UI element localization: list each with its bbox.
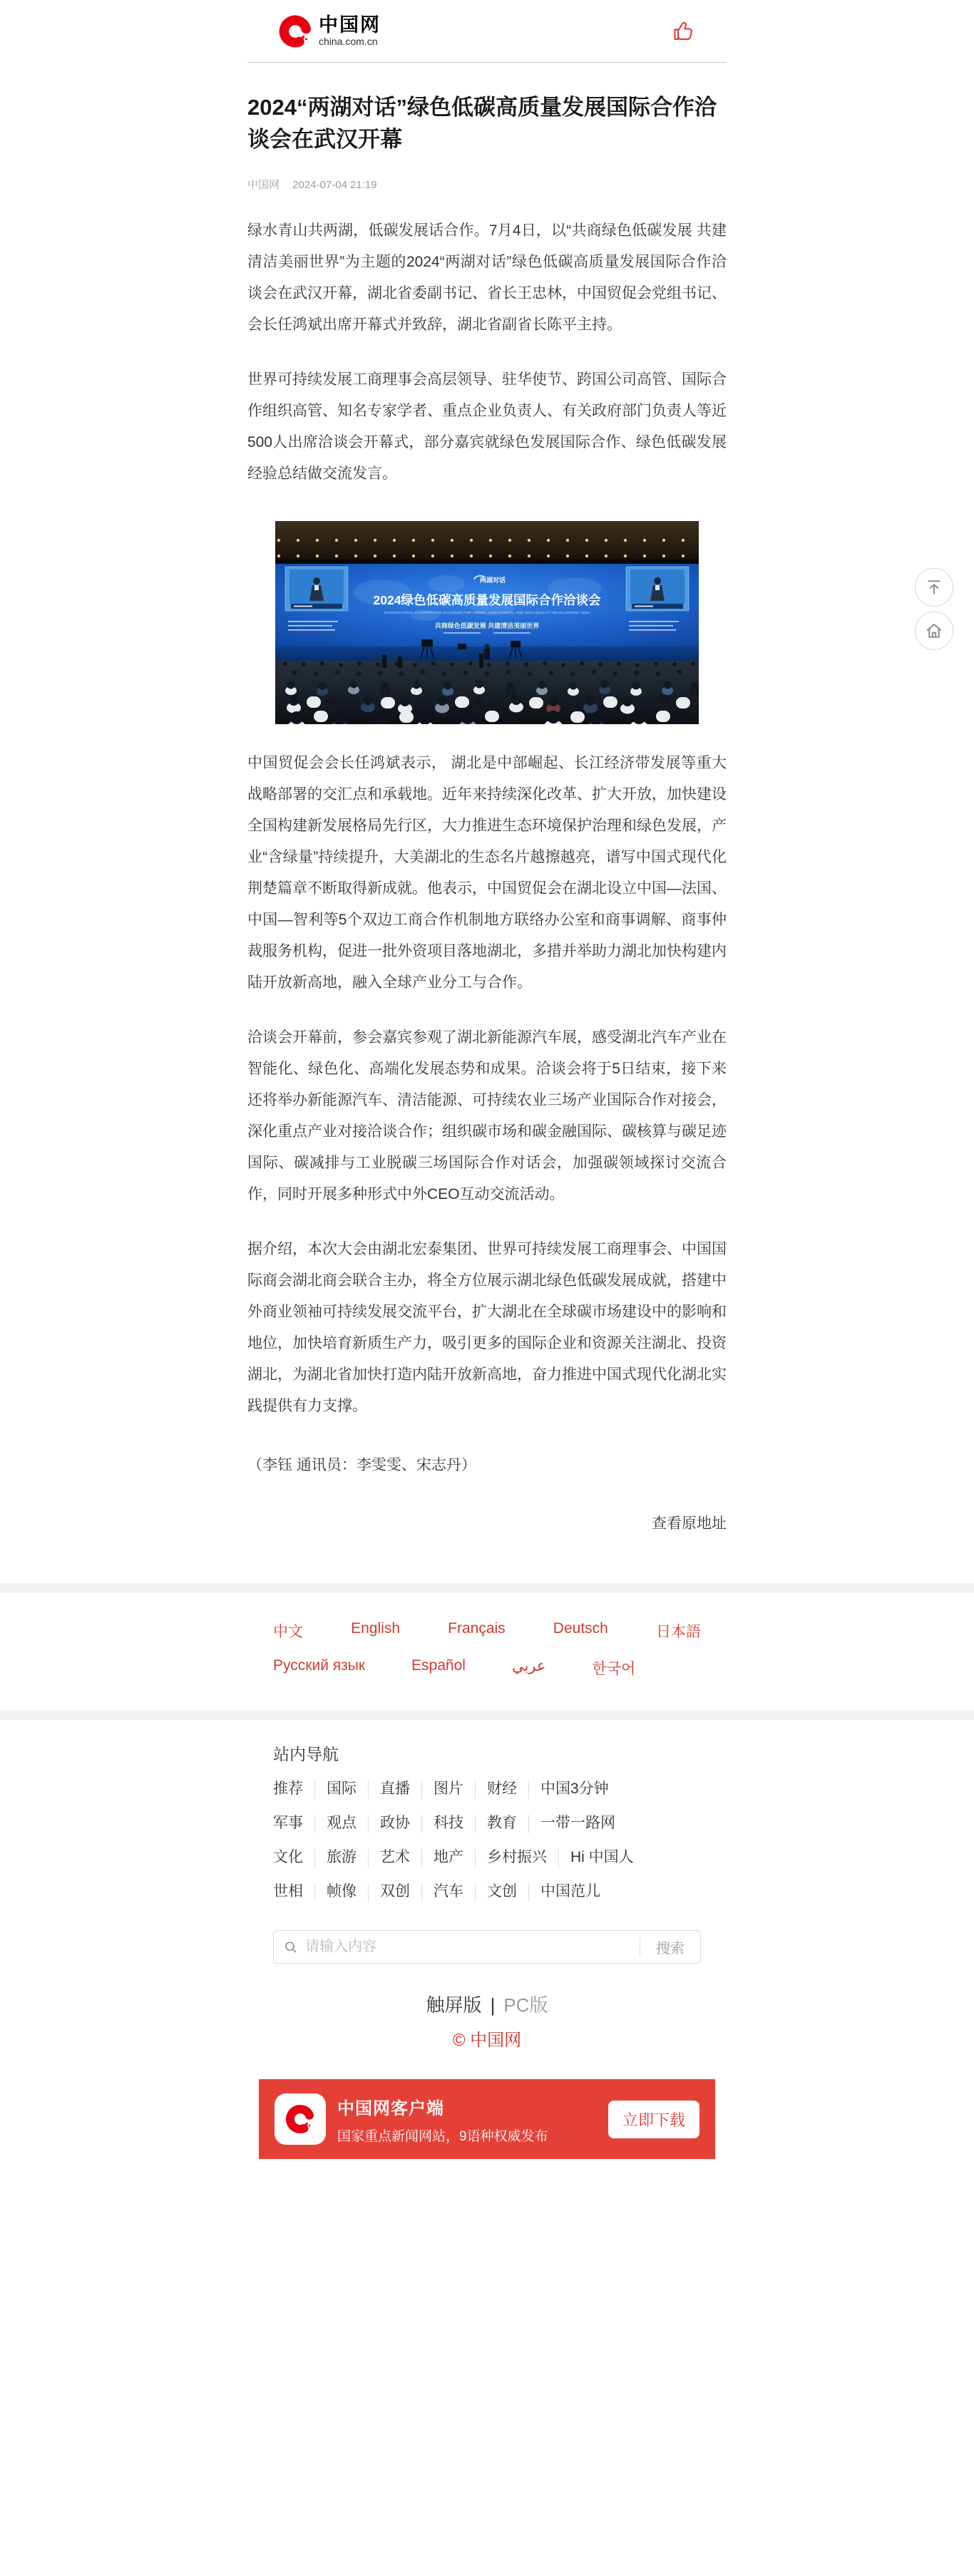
search-input[interactable] [305,1939,640,1955]
download-button[interactable]: 立即下载 [608,2101,699,2138]
version-separator: | [491,1994,496,2016]
logo-title: 中国网 [319,15,381,36]
home-icon [925,622,943,640]
nav-link-cppcc[interactable]: 政协 [380,1815,410,1831]
nav-link-education[interactable]: 教育 [487,1815,517,1831]
lang-es[interactable]: Español [411,1657,466,1679]
article-paragraph: 世界可持续发展工商理事会高层领导、驻华使节、跨国公司高管、国际合作组织高管、知名… [247,364,727,490]
lang-de[interactable]: Deutsch [553,1620,608,1642]
article-time: 2024-07-04 21:19 [292,179,376,191]
lang-ru[interactable]: Русский язык [273,1657,365,1679]
view-original-link[interactable]: 查看原地址 [652,1515,727,1532]
article-paragraph: 洽谈会开幕前，参会嘉宾参观了湖北新能源汽车展，感受湖北汽车产业在智能化、绿色化、… [247,1022,727,1210]
nav-link-shixiang[interactable]: 世相 [273,1883,303,1900]
logo-domain: china.com.cn [319,36,381,47]
nav-link-finance[interactable]: 财经 [487,1781,517,1797]
photo-screen-logo: 两湖对话 [480,576,506,584]
nav-link-culture[interactable]: 文化 [273,1849,303,1865]
nav-link-china-style[interactable]: 中国范儿 [540,1883,600,1900]
site-logo[interactable]: 中国网 china.com.cn [277,14,381,49]
photo-ceiling [275,521,699,564]
lang-en[interactable]: English [351,1620,400,1642]
site-nav-links: 推荐 国际 直播 图片 财经 中国3分钟 军事 观点 政协 科技 教育 一带一路… [273,1781,701,1902]
nav-link-belt-road[interactable]: 一带一路网 [540,1815,615,1831]
lang-ja[interactable]: 日本語 [656,1620,701,1642]
nav-link-recommend[interactable]: 推荐 [273,1781,303,1797]
app-name: 中国网客户端 [337,2094,548,2119]
nav-link-realestate[interactable]: 地产 [434,1849,463,1865]
nav-link-china-3min[interactable]: 中国3分钟 [540,1781,609,1797]
article-source: 中国网 [247,179,280,191]
nav-link-auto[interactable]: 汽车 [434,1883,463,1900]
nav-link-live[interactable]: 直播 [380,1781,410,1797]
nav-link-travel[interactable]: 旅游 [327,1849,357,1865]
nav-link-military[interactable]: 军事 [273,1815,303,1831]
back-to-top-button[interactable] [915,568,953,607]
page: 中国网 china.com.cn 2024“两湖对话”绿色低碳高质量发展国际合作… [0,0,974,2576]
author-note: （李钰 通讯员：李雯雯、宋志丹） [247,1453,727,1475]
article-photo: 两湖对话 2024绿色低碳高质量发展国际合作洽谈会 INTERNATIONAL … [275,521,699,724]
article: 2024“两湖对话”绿色低碳高质量发展国际合作洽谈会在武汉开幕 中国网 2024… [247,91,727,1583]
app-description: 国家重点新闻网站，9语种权威发布 [337,2126,548,2145]
section-divider [0,1710,974,1720]
article-paragraph: 中国贸促会会长任鸿斌表示， 湖北是中部崛起、长江经济带发展等重大战略部署的交汇点… [247,748,727,999]
app-download-banner[interactable]: 中国网客户端 国家重点新闻网站，9语种权威发布 立即下载 [259,2079,715,2159]
copyright: © 中国网 [247,2026,727,2079]
site-nav-section: 站内导航 推荐 国际 直播 图片 财经 中国3分钟 军事 观点 政协 科技 教育… [247,1741,727,2159]
lang-ko[interactable]: 한국어 [592,1657,635,1679]
nav-link-tech[interactable]: 科技 [434,1815,463,1831]
version-links: 触屏版|PC版 [247,1991,727,2017]
search-bar: 搜索 [273,1930,701,1964]
thumbs-up-icon [672,19,697,43]
photo-screen-subtitle: INTERNATIONAL COOPERATION DIALOGUE FOR G… [384,611,590,614]
touch-version-link[interactable]: 触屏版 [426,1994,482,2016]
site-nav-title: 站内导航 [273,1741,727,1765]
nav-link-hi-china[interactable]: Hi 中国人 [570,1849,634,1865]
article-paragraph: 据介绍，本次大会由湖北宏泰集团、世界可持续发展工商理事会、中国国际商会湖北商会联… [247,1234,727,1422]
nav-link-international[interactable]: 国际 [327,1781,357,1797]
nav-link-opinion[interactable]: 观点 [327,1815,357,1831]
back-to-top-icon [925,578,943,597]
nav-link-rural[interactable]: 乡村振兴 [487,1849,547,1865]
search-icon [284,1940,298,1954]
lang-ar[interactable]: عربي [512,1657,545,1679]
china-net-logo-icon [277,14,313,49]
nav-link-wenchuang[interactable]: 文创 [487,1883,517,1900]
nav-link-art[interactable]: 艺术 [380,1849,410,1865]
article-byline: 中国网 2024-07-04 21:19 [247,177,727,192]
section-divider [0,1583,974,1593]
language-switcher: 中文 English Français Deutsch 日本語 Русский … [247,1593,727,1710]
photo-audience [275,654,699,724]
lang-fr[interactable]: Français [448,1620,506,1642]
china-net-app-icon [275,2093,326,2145]
nav-link-pictures[interactable]: 图片 [434,1781,463,1797]
site-header: 中国网 china.com.cn [247,0,727,63]
lang-zh[interactable]: 中文 [273,1620,303,1642]
like-button[interactable] [672,19,697,43]
article-title: 2024“两湖对话”绿色低碳高质量发展国际合作洽谈会在武汉开幕 [247,91,727,155]
photo-screen-slogan: 共商绿色低碳发展 共建清洁美丽世界 [435,622,540,629]
home-button[interactable] [915,612,953,650]
photo-screen-title: 2024绿色低碳高质量发展国际合作洽谈会 [374,593,601,607]
search-button[interactable]: 搜索 [640,1938,700,1957]
nav-link-shuangchuang[interactable]: 双创 [380,1883,410,1900]
nav-link-zhenxiang[interactable]: 帧像 [327,1883,357,1900]
view-original: 查看原地址 [247,1512,727,1583]
article-paragraph: 绿水青山共两湖，低碳发展话合作。7月4日，以“共商绿色低碳发展 共建清洁美丽世界… [247,215,727,341]
pc-version-link[interactable]: PC版 [503,1994,548,2016]
